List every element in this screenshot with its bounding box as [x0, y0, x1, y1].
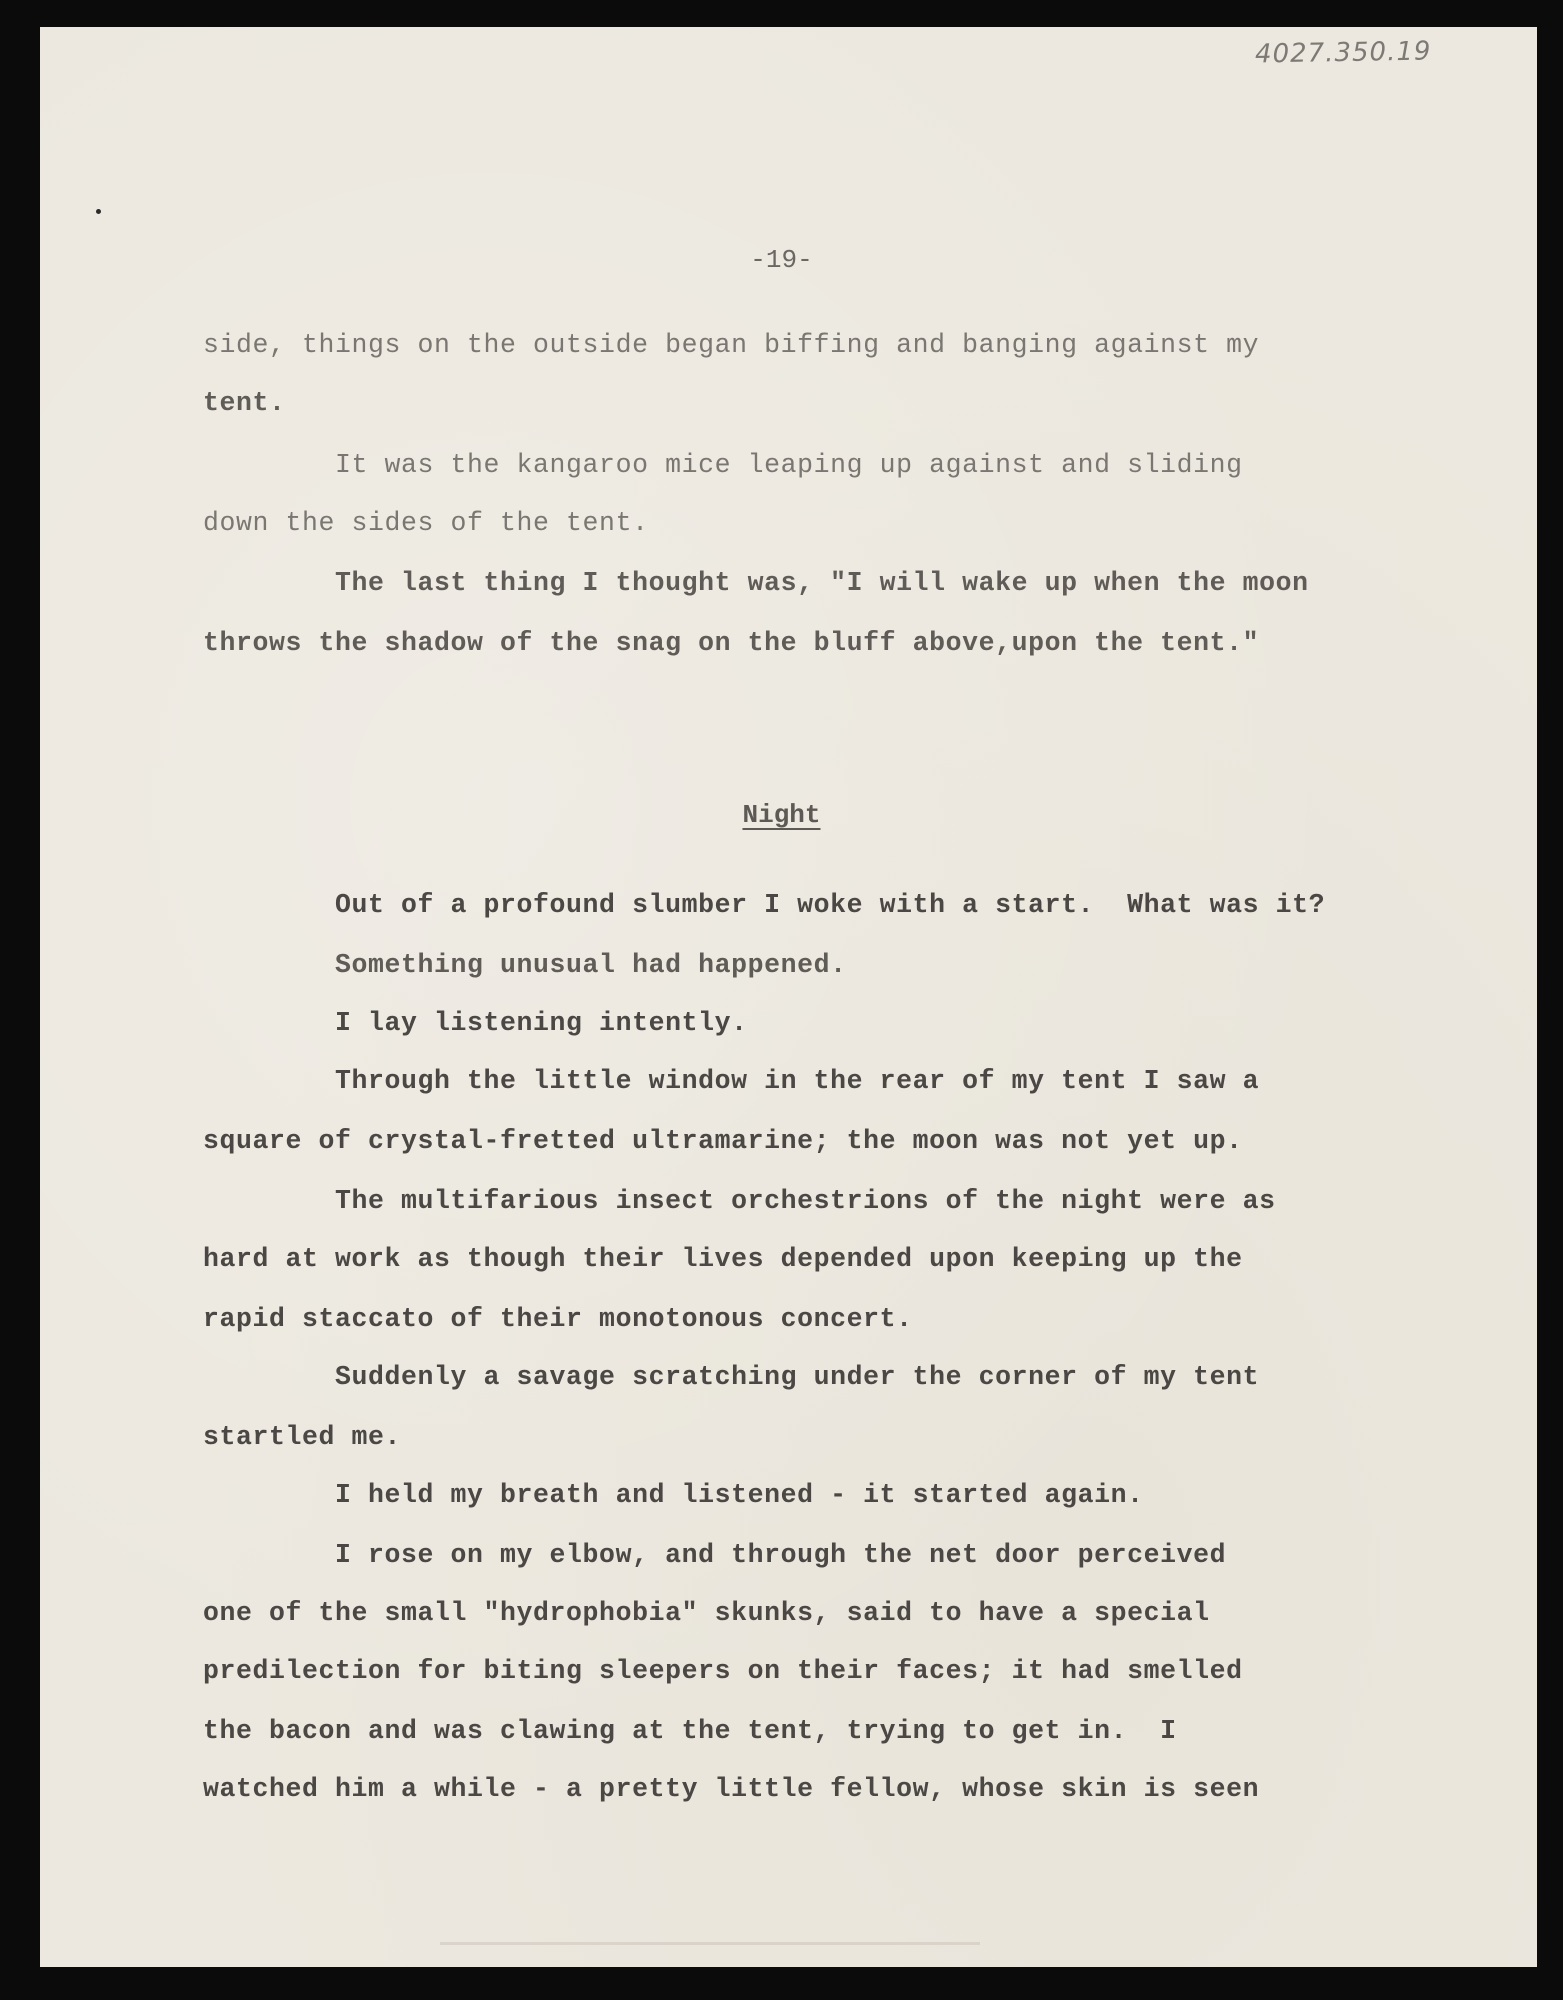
text-line: predilection for biting sleepers on thei…	[203, 1656, 1243, 1686]
text-line: I lay listening intently.	[203, 1008, 748, 1038]
page-number: -19-	[0, 245, 1563, 275]
show-through-text	[440, 1942, 980, 1945]
text-line: startled me.	[203, 1422, 401, 1452]
text-line: hard at work as though their lives depen…	[203, 1244, 1243, 1274]
section-heading: Night	[0, 800, 1563, 830]
text-line: It was the kangaroo mice leaping up agai…	[203, 450, 1243, 480]
text-line: watched him a while - a pretty little fe…	[203, 1774, 1259, 1804]
text-line: Out of a profound slumber I woke with a …	[203, 890, 1325, 920]
text-line: I held my breath and listened - it start…	[203, 1480, 1144, 1510]
text-line: I rose on my elbow, and through the net …	[203, 1540, 1226, 1570]
accession-number: 4027.350.19	[1255, 36, 1432, 69]
section-heading-text: Night	[742, 800, 820, 830]
text-line: Through the little window in the rear of…	[203, 1066, 1259, 1096]
ink-speck	[96, 209, 101, 214]
text-line: down the sides of the tent.	[203, 508, 649, 538]
text-line: Suddenly a savage scratching under the c…	[203, 1362, 1259, 1392]
text-line: The last thing I thought was, "I will wa…	[203, 568, 1309, 598]
text-line: one of the small "hydrophobia" skunks, s…	[203, 1598, 1210, 1628]
text-line: rapid staccato of their monotonous conce…	[203, 1304, 913, 1334]
text-line: Something unusual had happened.	[203, 950, 847, 980]
text-line: side, things on the outside began biffin…	[203, 330, 1259, 360]
text-line: tent.	[203, 388, 286, 418]
text-line: The multifarious insect orchestrions of …	[203, 1186, 1276, 1216]
text-line: the bacon and was clawing at the tent, t…	[203, 1716, 1177, 1746]
text-line: throws the shadow of the snag on the blu…	[203, 628, 1259, 658]
text-line: square of crystal-fretted ultramarine; t…	[203, 1126, 1243, 1156]
